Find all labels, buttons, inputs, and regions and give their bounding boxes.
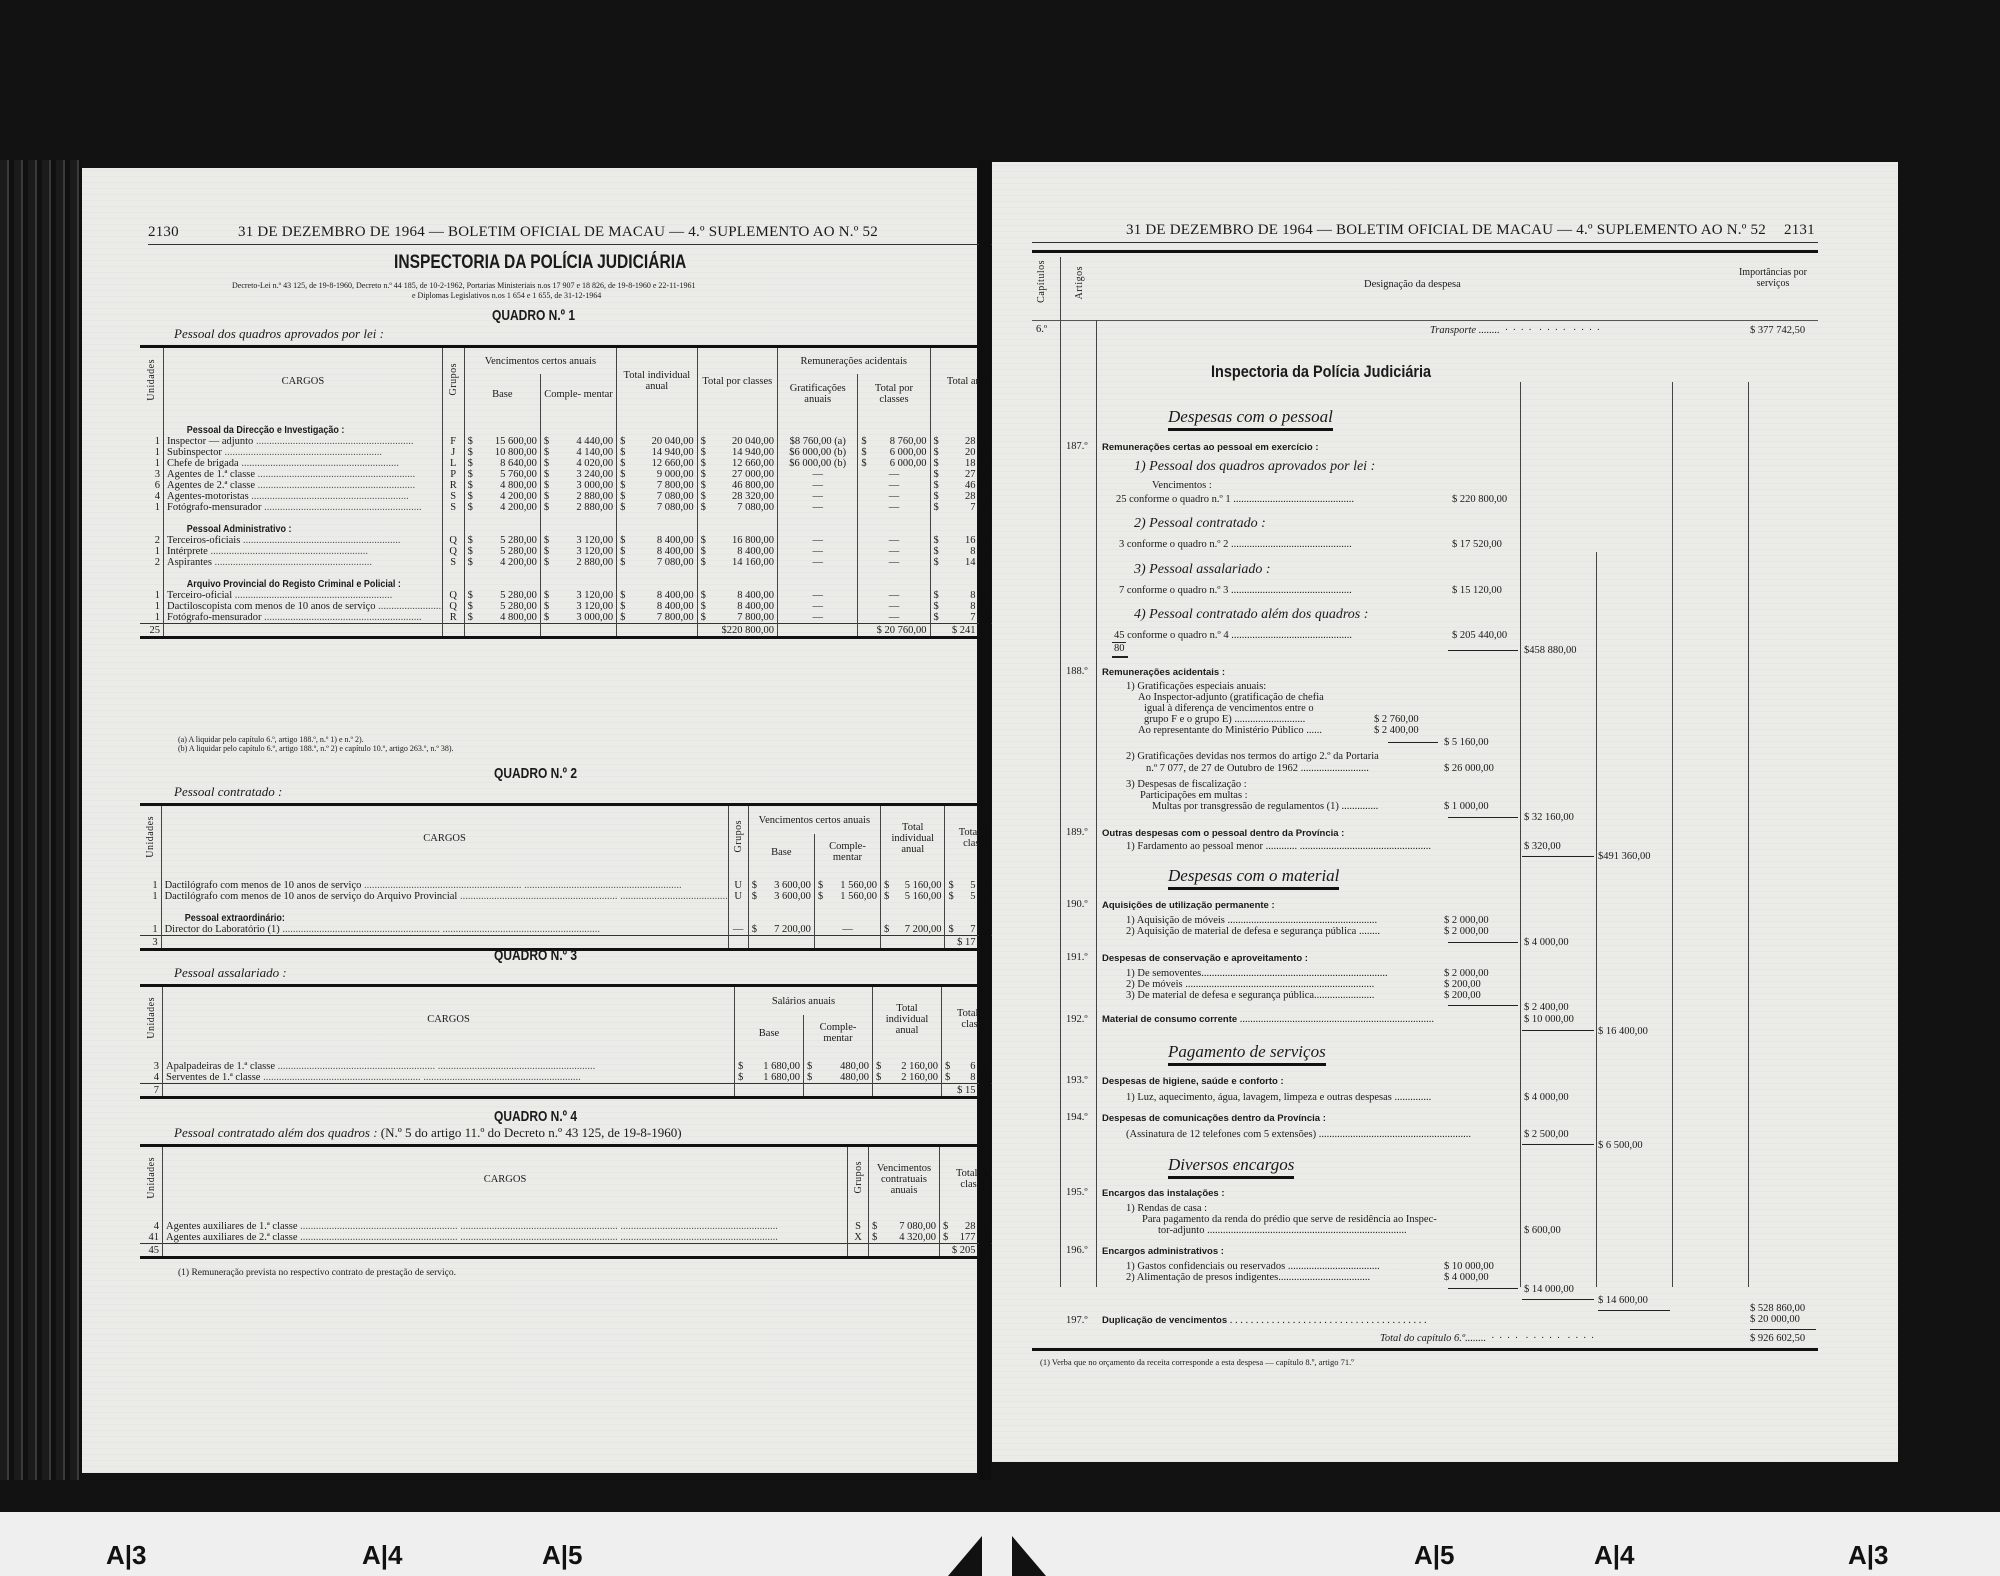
text: 1) De semoventes xyxy=(1126,968,1201,979)
quadro-3-title: QUADRO N.º 3 xyxy=(494,947,577,964)
header-vencimentos: Vencimentos certos anuais xyxy=(464,348,617,374)
header-importancias: Importâncias por serviços xyxy=(1734,267,1812,289)
art188-item1a-line1: Ao Inspector-adjunto (gratificação de ch… xyxy=(1138,692,1324,703)
table-row: 4Serventes de 1.ª classe ...............… xyxy=(140,1072,1010,1084)
article-195-title: Encargos das instalações : xyxy=(1102,1188,1225,1199)
art187-total-count: 80 xyxy=(1114,643,1125,654)
art190-item1: 1) Aquisição de móveis .................… xyxy=(1126,915,1377,926)
header-capitulos-label: Capítulos xyxy=(1036,260,1047,303)
art190-item2-value: $ 2 000,00 xyxy=(1444,926,1489,937)
desc: conforme o quadro n.º 4 xyxy=(1127,630,1229,641)
art191-subtotal: $ 2 400,00 xyxy=(1524,1002,1569,1013)
quadro-1-table: Unidades CARGOS Grupos Vencimentos certo… xyxy=(140,348,1010,639)
transporte-value: $ 377 742,50 xyxy=(1750,325,1805,336)
page-number: 2131 xyxy=(1784,222,1815,239)
center-arrow-left-icon xyxy=(948,1536,982,1576)
quadro-4-table: Unidades CARGOS Grupos Vencimentos contr… xyxy=(140,1147,1010,1259)
text: Ao representante do Ministério Público xyxy=(1138,725,1304,736)
header-remuneracoes: Remunerações acidentais xyxy=(778,348,931,374)
text: tor-adjunto xyxy=(1158,1225,1204,1236)
center-arrow-right-icon xyxy=(1012,1536,1046,1576)
text: 1) Gastos confidenciais ou reservados xyxy=(1126,1261,1285,1272)
header-complementar: Comple- mentar xyxy=(540,374,616,414)
running-header: 31 DE DEZEMBRO DE 1964 — BOLETIM OFICIAL… xyxy=(1126,222,1766,239)
art195-item1a-line2: tor-adjunto ............................… xyxy=(1158,1225,1407,1236)
table-row: 1Dactiloscopista com menos de 10 anos de… xyxy=(140,601,1010,612)
page-number: 2130 xyxy=(148,224,179,241)
legal-refs-2: e Diplomas Legislativos n.os 1 654 e 1 6… xyxy=(412,291,601,300)
quadro-4-subtitle-italic: Pessoal contratado além dos quadros : xyxy=(174,1125,378,1140)
film-marker: A|3 xyxy=(106,1540,147,1571)
right-page: 31 DE DEZEMBRO DE 1964 — BOLETIM OFICIAL… xyxy=(992,162,1898,1462)
art191-item2-value: $ 200,00 xyxy=(1444,979,1481,990)
header-artigos-label: Artigos xyxy=(1074,266,1085,300)
article-187-title: Remunerações certas ao pessoal em exercí… xyxy=(1102,442,1319,453)
text: Multas por transgressão de regulamentos … xyxy=(1152,801,1339,812)
art188-item1a-line3: grupo F e o grupo E) ...................… xyxy=(1144,714,1305,725)
article-190-number: 190.º xyxy=(1066,899,1088,910)
table-row: 1Fotógrafo-mensurador ..................… xyxy=(140,612,1010,624)
art193-item1-value: $ 4 000,00 xyxy=(1524,1092,1569,1103)
page-title: INSPECTORIA DA POLÍCIA JUDICIÁRIA xyxy=(394,252,686,274)
table-row: 4Agentes auxiliares de 1.ª classe ......… xyxy=(140,1221,1010,1232)
text: 2) De móveis xyxy=(1126,979,1183,990)
art187-item2-row: 3 conforme o quadro n.º 2 ..............… xyxy=(1119,539,1352,550)
header-unidades: Unidades xyxy=(146,1157,157,1199)
art192-value: $ 10 000,00 xyxy=(1524,1014,1574,1025)
header-vencimentos: Vencimentos certos anuais xyxy=(748,806,880,834)
footnote-a: (a) A liquidar pelo capítulo 6.º, artigo… xyxy=(178,735,364,744)
header-capitulos: Capítulos xyxy=(1036,260,1047,320)
art188-item3b: Multas por transgressão de regulamentos … xyxy=(1152,801,1378,812)
table-row: 1Director do Laboratório (1) ...........… xyxy=(140,924,1010,936)
left-page: 2130 31 DE DEZEMBRO DE 1964 — BOLETIM OF… xyxy=(82,168,977,1473)
header-base: Base xyxy=(748,834,814,870)
quadro-2-table: Unidades CARGOS Grupos Vencimentos certo… xyxy=(140,806,1010,951)
art188-item1: 1) Gratificações especiais anuais: xyxy=(1126,681,1266,692)
header-artigos: Artigos xyxy=(1074,266,1085,316)
article-197-number: 197.º xyxy=(1066,1315,1088,1326)
article-192-title: Material de consumo corrente xyxy=(1102,1014,1237,1025)
header-salarios: Salários anuais xyxy=(735,987,873,1015)
header-unidades: Unidades xyxy=(145,816,156,858)
table-row: 1Intérprete ............................… xyxy=(140,546,1010,557)
table-row: 1Dactilógrafo com menos de 10 anos de se… xyxy=(140,891,1010,902)
quadro-3-subtitle: Pessoal assalariado : xyxy=(174,965,287,981)
film-edge xyxy=(0,160,82,1480)
art196-item1: 1) Gastos confidenciais ou reservados ..… xyxy=(1126,1261,1380,1272)
film-marker: A|4 xyxy=(362,1540,403,1571)
art196-item2: 2) Alimentação de presos indigentes.....… xyxy=(1126,1272,1370,1283)
header-grupos: Grupos xyxy=(448,363,459,395)
text: 1) Luz, aquecimento, água, lavagem, limp… xyxy=(1126,1092,1392,1103)
section-heading: Pessoal da Direcção e Investigação : xyxy=(167,425,344,436)
art188-item1b: Ao representante do Ministério Público .… xyxy=(1138,725,1322,736)
transporte-text: Transporte xyxy=(1430,325,1476,336)
section-heading: Arquivo Provincial do Registo Criminal e… xyxy=(167,579,401,590)
desc: conforme o quadro n.º 2 xyxy=(1127,539,1229,550)
text: n.º 7 077, de 27 de Outubro de 1962 xyxy=(1146,763,1298,774)
art188-subtotal: $ 32 160,00 xyxy=(1524,812,1574,823)
header-total-classes: Total por classes xyxy=(697,348,777,414)
art194-item1-value: $ 2 500,00 xyxy=(1524,1129,1569,1140)
art193-item1: 1) Luz, aquecimento, água, lavagem, limp… xyxy=(1126,1092,1431,1103)
article-193-number: 193.º xyxy=(1066,1075,1088,1086)
article-189-title: Outras despesas com o pessoal dentro da … xyxy=(1102,828,1344,839)
header-complementar: Comple- mentar xyxy=(814,834,880,870)
quadro-4-title: QUADRO N.º 4 xyxy=(494,1108,577,1125)
book-gutter xyxy=(979,160,991,1480)
art188-item3: 3) Despesas de fiscalização : xyxy=(1126,779,1247,790)
group-heading-encargos: Diversos encargos xyxy=(1168,1155,1294,1179)
art187-item3-value: $ 15 120,00 xyxy=(1452,585,1502,596)
article-194-title: Despesas de comunicações dentro da Proví… xyxy=(1102,1113,1326,1124)
article-197-row: Duplicação de vencimentos . . . . . . . … xyxy=(1102,1315,1427,1326)
header-designacao: Designação da despesa xyxy=(1364,279,1461,290)
art191-item3: 3) De material de defesa e segurança púb… xyxy=(1126,990,1374,1001)
art189-item1-value: $ 320,00 xyxy=(1524,841,1561,852)
servicos-group-total: $ 6 500,00 xyxy=(1598,1140,1643,1151)
desc: conforme o quadro n.º 3 xyxy=(1127,585,1229,596)
film-marker: A|5 xyxy=(1414,1540,1455,1571)
article-188-title: Remunerações acidentais : xyxy=(1102,667,1225,678)
header-complementar: Comple- mentar xyxy=(804,1015,873,1051)
header-base: Base xyxy=(735,1015,804,1051)
table-row: 3Agentes de 1.ª classe .................… xyxy=(140,469,1010,480)
quadro-4-subtitle: Pessoal contratado além dos quadros : (N… xyxy=(174,1125,682,1141)
art190-item1-value: $ 2 000,00 xyxy=(1444,915,1489,926)
film-marker: A|5 xyxy=(542,1540,583,1571)
art187-item3-row: 7 conforme o quadro n.º 3 ..............… xyxy=(1119,585,1352,596)
header-unidades: Unidades xyxy=(146,359,157,401)
art188-item3-value: $ 1 000,00 xyxy=(1444,801,1489,812)
table-row: 1Chefe de brigada ......................… xyxy=(140,458,1010,469)
art195-item1: 1) Rendas de casa : xyxy=(1126,1203,1207,1214)
table-row: 1Inspector — adjunto ...................… xyxy=(140,436,1010,447)
article-193-title: Despesas de higiene, saúde e conforto : xyxy=(1102,1076,1284,1087)
text: 1) Aquisição de móveis xyxy=(1126,915,1225,926)
table-row: 3Apalpadeiras de 1.ª classe ............… xyxy=(140,1061,1010,1072)
quadro-1-title: QUADRO N.º 1 xyxy=(492,307,575,324)
header-cargos: CARGOS xyxy=(163,987,735,1051)
art187-item4-label: 4) Pessoal contratado além dos quadros : xyxy=(1134,607,1368,623)
art187-item2-value: $ 17 520,00 xyxy=(1452,539,1502,550)
header-total-individual: Total individual anual xyxy=(881,806,945,870)
running-header: 31 DE DEZEMBRO DE 1964 — BOLETIM OFICIAL… xyxy=(238,224,878,241)
legal-refs: Decreto-Lei n.º 43 125, de 19-8-1960, De… xyxy=(232,281,695,290)
header-gratificacoes: Gratificações anuais xyxy=(778,374,858,414)
art191-item1: 1) De semoventes........................… xyxy=(1126,968,1388,979)
art191-item1-value: $ 2 000,00 xyxy=(1444,968,1489,979)
table-row: 1Terceiro-oficial ......................… xyxy=(140,590,1010,601)
article-194-number: 194.º xyxy=(1066,1112,1088,1123)
table-row: 4Agentes-motoristas ....................… xyxy=(140,491,1010,502)
art188-item2-line1: 2) Gratificações devidas nos termos do a… xyxy=(1126,751,1379,762)
header-cargos: CARGOS xyxy=(164,348,443,414)
art188-item1a-line2: igual à diferença de vencimentos entre o xyxy=(1144,703,1314,714)
footnote-1: (1) Remuneração prevista no respectivo c… xyxy=(178,1268,456,1278)
header-base: Base xyxy=(464,374,540,414)
encargos-group-total: $ 14 600,00 xyxy=(1598,1295,1648,1306)
art187-item4-value: $ 205 440,00 xyxy=(1452,630,1507,641)
quadro-4-subtitle-ref: (N.º 5 do artigo 11.º do Decreto n.º 43 … xyxy=(381,1125,682,1140)
film-marker: A|4 xyxy=(1594,1540,1635,1571)
quadro-2-title: QUADRO N.º 2 xyxy=(494,765,577,782)
article-197-title: Duplicação de vencimentos xyxy=(1102,1315,1227,1326)
section-heading: Pessoal Administrativo : xyxy=(167,524,291,535)
header-total-individual: Total individual anual xyxy=(617,348,697,414)
table-row: 1Subinspector ..........................… xyxy=(140,447,1010,458)
art190-subtotal: $ 4 000,00 xyxy=(1524,937,1569,948)
art187-item4-row: 45 conforme o quadro n.º 4 .............… xyxy=(1114,630,1352,641)
text: 2) Alimentação de presos indigentes xyxy=(1126,1272,1278,1283)
header-vencimentos: Vencimentos contratuais anuais xyxy=(869,1147,940,1211)
art187-item1-row: 25 conforme o quadro n.º 1 .............… xyxy=(1116,494,1354,505)
art187-item2-label: 2) Pessoal contratado : xyxy=(1134,516,1266,532)
article-189-number: 189.º xyxy=(1066,827,1088,838)
art187-item1-label: 1) Pessoal dos quadros aprovados por lei… xyxy=(1134,459,1375,475)
quadro-3-table: Unidades CARGOS Salários anuais Total in… xyxy=(140,987,1010,1099)
art188-item1b-value: $ 2 400,00 xyxy=(1374,725,1419,736)
chapter-total-row: Total do capítulo 6.º........ · · · · · … xyxy=(1380,1333,1594,1344)
header-grupos: Grupos xyxy=(733,820,744,852)
art196-item2-value: $ 4 000,00 xyxy=(1444,1272,1489,1283)
article-191-title: Despesas de conservação e aproveitamento… xyxy=(1102,953,1308,964)
art195-item1a-line1: Para pagamento da renda do prédio que se… xyxy=(1142,1214,1437,1225)
article-188-number: 188.º xyxy=(1066,666,1088,677)
article-196-number: 196.º xyxy=(1066,1245,1088,1256)
chapter-total-label: Total do capítulo 6.º xyxy=(1380,1333,1465,1344)
section-heading: Pessoal extraordinário: xyxy=(165,913,285,924)
section-title: Inspectoria da Polícia Judiciária xyxy=(1211,362,1431,382)
art190-item2: 2) Aquisição de material de defesa e seg… xyxy=(1126,926,1380,937)
quadro-2-subtitle: Pessoal contratado : xyxy=(174,784,282,800)
article-195-number: 195.º xyxy=(1066,1187,1088,1198)
group-heading-pessoal: Despesas com o pessoal xyxy=(1168,407,1333,431)
header-total-individual: Total individual anual xyxy=(873,987,942,1051)
art196-subtotal: $ 14 000,00 xyxy=(1524,1284,1574,1295)
art188-item2-line2: n.º 7 077, de 27 de Outubro de 1962 ....… xyxy=(1146,763,1369,774)
count: 7 xyxy=(1119,585,1124,596)
section-total: $ 528 860,00 xyxy=(1750,1303,1805,1314)
text: 2) Aquisição de material de defesa e seg… xyxy=(1126,926,1356,937)
article-190-title: Aquisições de utilização permanente : xyxy=(1102,900,1275,911)
art197-value: $ 20 000,00 xyxy=(1750,1314,1800,1325)
capitulo-number: 6.º xyxy=(1036,324,1047,335)
pessoal-group-total: $491 360,00 xyxy=(1598,851,1651,862)
header-cargos: CARGOS xyxy=(161,806,728,870)
table-row: 1Dactilógrafo com menos de 10 anos de se… xyxy=(140,880,1010,891)
film-strip xyxy=(0,1512,2000,1576)
article-192-number: 192.º xyxy=(1066,1014,1088,1025)
text: (Assinatura de 12 telefones com 5 extens… xyxy=(1126,1129,1316,1140)
art187-subtotal: $458 880,00 xyxy=(1524,645,1577,656)
art188-item1-total: $ 5 160,00 xyxy=(1444,737,1489,748)
group-heading-material: Despesas com o material xyxy=(1168,866,1339,890)
art188-item3a: Participações em multas : xyxy=(1140,790,1248,801)
art194-item1: (Assinatura de 12 telefones com 5 extens… xyxy=(1126,1129,1471,1140)
group-heading-servicos: Pagamento de serviços xyxy=(1168,1042,1326,1066)
header-unidades: Unidades xyxy=(146,997,157,1039)
art188-item2-value: $ 26 000,00 xyxy=(1444,763,1494,774)
article-191-number: 191.º xyxy=(1066,952,1088,963)
text: 3) De material de defesa e segurança púb… xyxy=(1126,990,1314,1001)
chapter-total-value: $ 926 602,50 xyxy=(1750,1333,1805,1344)
art191-item2: 2) De móveis ...........................… xyxy=(1126,979,1374,990)
header-grupos: Grupos xyxy=(853,1161,864,1193)
art191-item3-value: $ 200,00 xyxy=(1444,990,1481,1001)
art187-item3-label: 3) Pessoal assalariado : xyxy=(1134,562,1271,578)
art196-item1-value: $ 10 000,00 xyxy=(1444,1261,1494,1272)
header-cargos: CARGOS xyxy=(163,1147,848,1211)
art189-item1: 1) Fardamento ao pessoal menor .........… xyxy=(1126,841,1431,852)
footnote-b: (b) A liquidar pelo capítulo 6.º, artigo… xyxy=(178,744,454,753)
count: 3 xyxy=(1119,539,1124,550)
art195-item1-value: $ 600,00 xyxy=(1524,1225,1561,1236)
table-row: 2Terceiros-oficiais ....................… xyxy=(140,535,1010,546)
art187-item1-value: $ 220 800,00 xyxy=(1452,494,1507,505)
article-196-title: Encargos administrativos : xyxy=(1102,1246,1224,1257)
table-row: 6Agentes de 2.ª classe .................… xyxy=(140,480,1010,491)
article-192-row: Material de consumo corrente ...........… xyxy=(1102,1014,1434,1025)
footnote: (1) Verba que no orçamento da receita co… xyxy=(1040,1357,1354,1367)
transporte-label: Transporte ........ · · · · · · · · · · … xyxy=(1430,325,1599,336)
count: 45 xyxy=(1114,630,1125,641)
art188-item1a-value: $ 2 760,00 xyxy=(1374,714,1419,725)
table-row: 1Fotógrafo-mensurador ..................… xyxy=(140,502,1010,513)
film-marker: A|3 xyxy=(1848,1540,1889,1571)
material-group-total: $ 16 400,00 xyxy=(1598,1026,1648,1037)
table-row: 2Aspirantes ............................… xyxy=(140,557,1010,568)
table-row: 41Agentes auxiliares de 2.ª classe .....… xyxy=(140,1232,1010,1244)
header-total-por-classes: Total por classes xyxy=(858,374,930,414)
art187-item1-sublabel: Vencimentos : xyxy=(1152,480,1212,491)
quadro-1-subtitle: Pessoal dos quadros aprovados por lei : xyxy=(174,326,384,342)
text: 1) Fardamento ao pessoal menor xyxy=(1126,841,1263,852)
desc: conforme o quadro n.º 1 xyxy=(1129,494,1231,505)
article-187-number: 187.º xyxy=(1066,441,1088,452)
count: 25 xyxy=(1116,494,1127,505)
text: grupo F e o grupo E) xyxy=(1144,714,1232,725)
